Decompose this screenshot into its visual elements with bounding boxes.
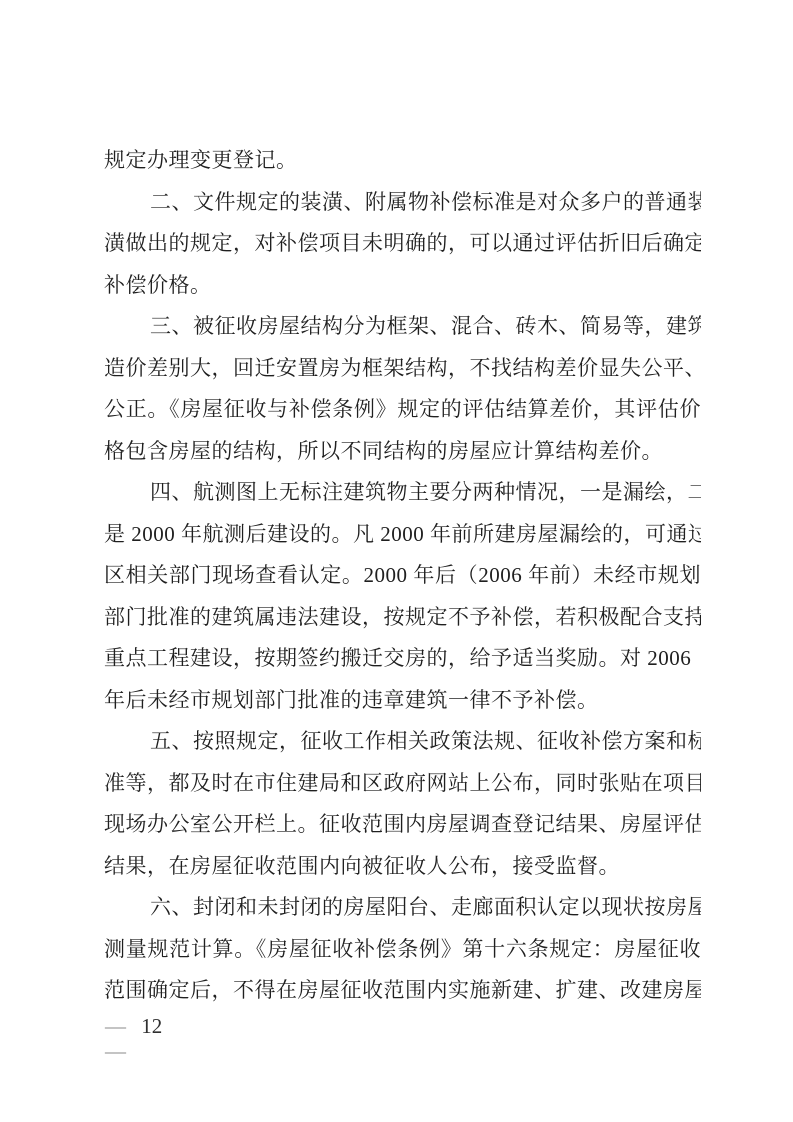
text-line: 结果，在房屋征收范围内向被征收人公布，接受监督。 <box>104 846 701 888</box>
page-number-dash: — <box>105 1039 126 1063</box>
text-line: 部门批准的建筑属违法建设，按规定不予补偿，若积极配合支持 <box>104 597 701 639</box>
text-line: 二、文件规定的装潢、附属物补偿标准是对众多户的普通装 <box>104 182 701 224</box>
page-number-row: — 12 <box>105 1014 162 1039</box>
text-line: 六、封闭和未封闭的房屋阳台、走廊面积认定以现状按房屋 <box>104 887 701 929</box>
text-line: 现场办公室公开栏上。征收范围内房屋调查登记结果、房屋评估 <box>104 804 701 846</box>
page-number-dash-row: — <box>105 1039 162 1064</box>
text-line: 区相关部门现场查看认定。2000 年后（2006 年前）未经市规划 <box>104 555 701 597</box>
document-body: 规定办理变更登记。 二、文件规定的装潢、附属物补偿标准是对众多户的普通装 潢做出… <box>104 140 701 1012</box>
text-line: 潢做出的规定，对补偿项目未明确的，可以通过评估折旧后确定 <box>104 223 701 265</box>
text-line: 准等，都及时在市住建局和区政府网站上公布，同时张贴在项目 <box>104 763 701 805</box>
text-line: 格包含房屋的结构，所以不同结构的房屋应计算结构差价。 <box>104 431 701 473</box>
text-line: 四、航测图上无标注建筑物主要分两种情况，一是漏绘，二 <box>104 472 701 514</box>
text-line: 补偿价格。 <box>104 265 701 307</box>
text-line: 年后未经市规划部门批准的违章建筑一律不予补偿。 <box>104 680 701 722</box>
document-page: 规定办理变更登记。 二、文件规定的装潢、附属物补偿标准是对众多户的普通装 潢做出… <box>0 0 793 1122</box>
text-line: 公正。《房屋征收与补偿条例》规定的评估结算差价，其评估价 <box>104 389 701 431</box>
text-line: 规定办理变更登记。 <box>104 140 701 182</box>
text-line: 三、被征收房屋结构分为框架、混合、砖木、简易等，建筑 <box>104 306 701 348</box>
page-footer: — 12 — <box>105 1014 162 1064</box>
text-line: 范围确定后，不得在房屋征收范围内实施新建、扩建、改建房屋 <box>104 970 701 1012</box>
page-number: 12 <box>141 1014 162 1038</box>
page-number-dash: — <box>105 1014 126 1038</box>
text-line: 测量规范计算。《房屋征收补偿条例》第十六条规定：房屋征收 <box>104 929 701 971</box>
text-line: 是 2000 年航测后建设的。凡 2000 年前所建房屋漏绘的，可通过 <box>104 514 701 556</box>
text-line: 重点工程建设，按期签约搬迁交房的，给予适当奖励。对 2006 <box>104 638 701 680</box>
text-line: 五、按照规定，征收工作相关政策法规、征收补偿方案和标 <box>104 721 701 763</box>
text-line: 造价差别大，回迁安置房为框架结构，不找结构差价显失公平、 <box>104 348 701 390</box>
